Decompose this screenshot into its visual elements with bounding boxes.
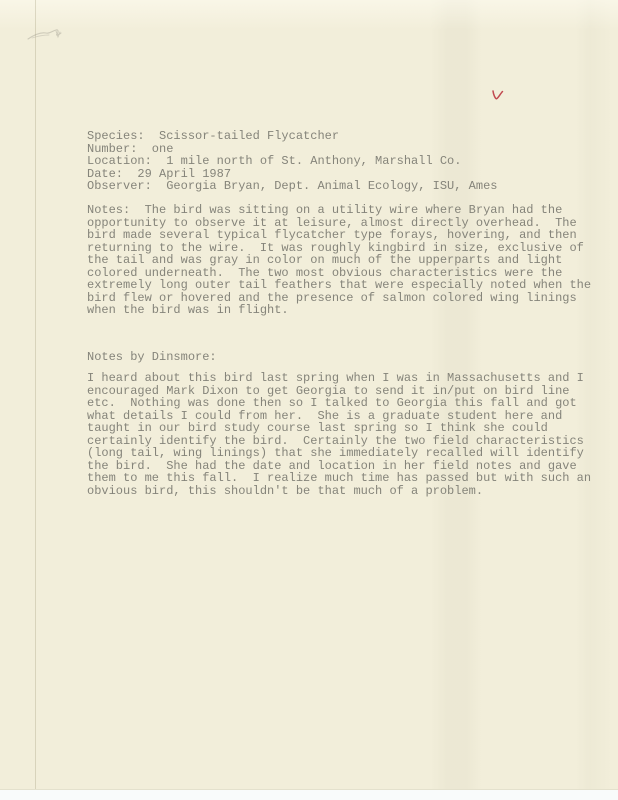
scanned-document-page: Species: Scissor-tailed Flycatcher Numbe… bbox=[0, 0, 618, 800]
dinsmore-notes-heading: Notes by Dinsmore: bbox=[87, 351, 217, 364]
paper-fold-line bbox=[35, 0, 36, 789]
observer-notes-paragraph: Notes: The bird was sitting on a utility… bbox=[87, 204, 591, 317]
dinsmore-notes-paragraph: I heard about this bird last spring when… bbox=[87, 372, 591, 497]
pencil-scribble-mark bbox=[26, 25, 74, 45]
scanner-background-strip bbox=[0, 789, 618, 800]
paper: Species: Scissor-tailed Flycatcher Numbe… bbox=[0, 0, 618, 789]
red-checkmark bbox=[490, 88, 506, 104]
record-header-fields: Species: Scissor-tailed Flycatcher Numbe… bbox=[87, 130, 497, 193]
